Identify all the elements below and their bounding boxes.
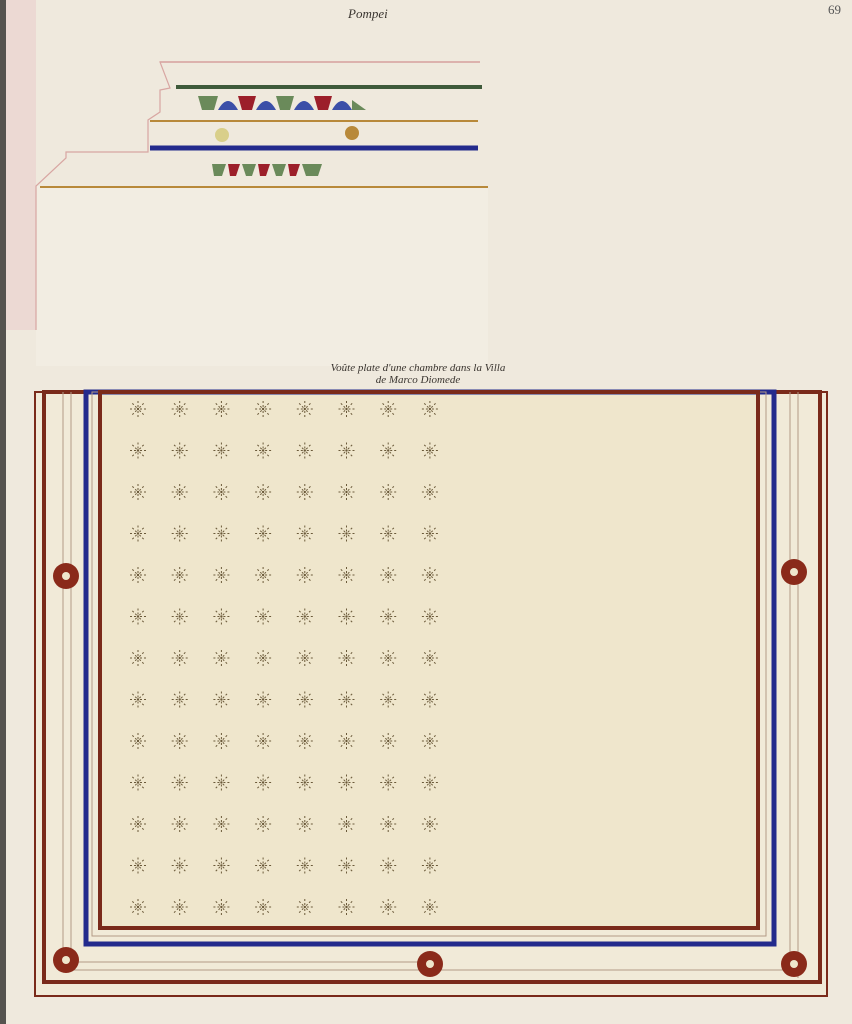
drawing-caption: Voûte plate d'une chambre dans la Villa …	[258, 362, 578, 386]
page-number: 69	[828, 2, 841, 18]
palmette-ornaments	[215, 126, 359, 142]
caption-line-2: de Marco Diomede	[258, 374, 578, 386]
cornice-and-ceiling-drawing	[0, 0, 852, 1024]
caption-line-1: Voûte plate d'une chambre dans la Villa	[258, 362, 578, 374]
anthemion-frieze	[198, 96, 366, 110]
ceiling-plan	[34, 392, 828, 996]
cornice-profile	[36, 62, 488, 366]
sheet-title: Pompei	[348, 6, 388, 22]
small-frieze	[212, 164, 322, 176]
